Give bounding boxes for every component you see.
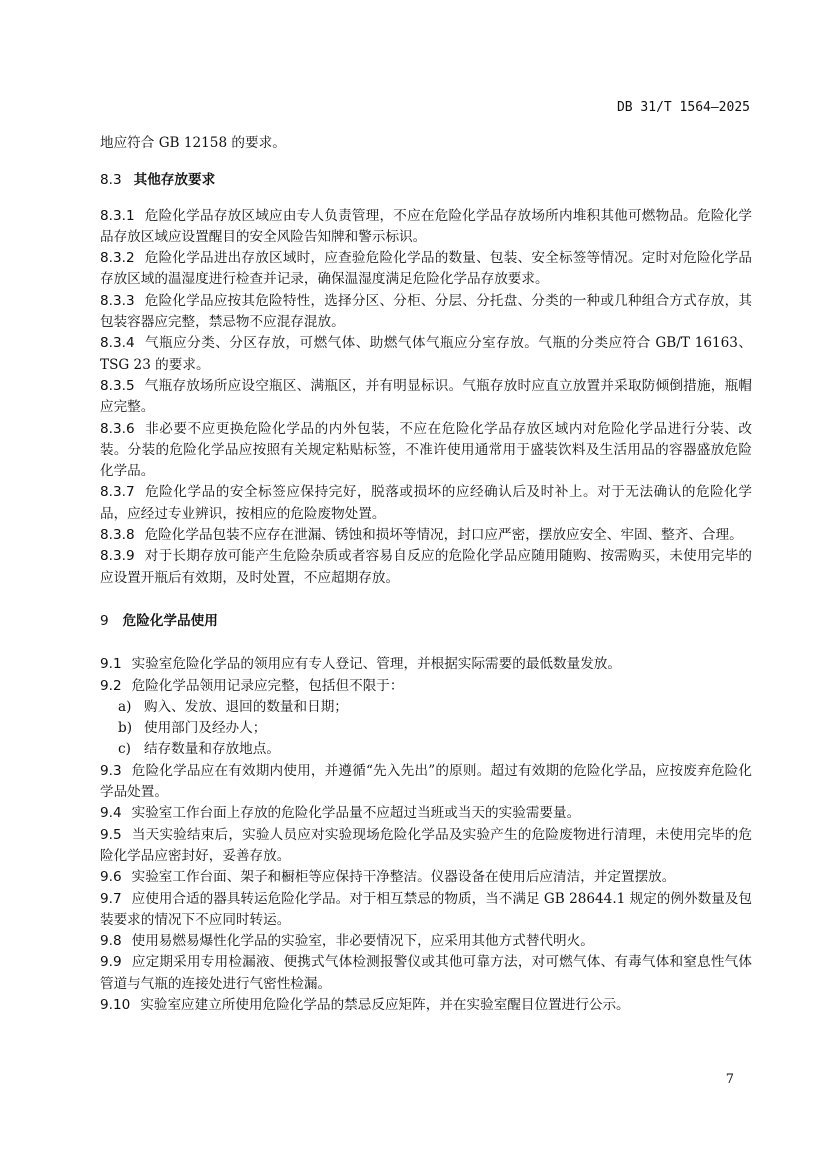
clause-number: 8.3.2 xyxy=(100,248,135,269)
clause-text: 实验室工作台面上存放的危险化学品量不应超过当班或当天的实验需要量。 xyxy=(132,805,581,821)
clause-number: 8.3.3 xyxy=(100,291,135,312)
clause-number: 9.5 xyxy=(100,825,122,846)
clause-text: 使用易燃易爆性化学品的实验室，非必要情况下，应采用其他方式替代明火。 xyxy=(132,933,594,949)
clause-9-5: 9.5当天实验结束后，实验人员应对实验现场危险化学品及实验产生的危险废物进行清理… xyxy=(100,825,752,868)
clause-9-10: 9.10实验室应建立所使用危险化学品的禁忌反应矩阵，并在实验室醒目位置进行公示。 xyxy=(100,995,752,1016)
clause-number: 8.3.5 xyxy=(100,376,135,397)
section-heading-8-3: 8.3其他存放要求 xyxy=(100,170,752,191)
clause-text: 危险化学品进出存放区域时，应查验危险化学品的数量、包装、安全标签等情况。定时对危… xyxy=(100,250,752,287)
clause-9-8: 9.8使用易燃易爆性化学品的实验室，非必要情况下，应采用其他方式替代明火。 xyxy=(100,931,752,952)
list-marker: a) xyxy=(118,697,144,718)
section-number: 8.3 xyxy=(100,170,122,191)
list-marker: c) xyxy=(118,739,144,760)
clause-text: 危险化学品领用记录应完整，包括但不限于： xyxy=(132,678,404,694)
chapter-title: 危险化学品使用 xyxy=(123,613,218,629)
page-number: 7 xyxy=(726,1072,734,1087)
clause-number: 9.10 xyxy=(100,995,130,1016)
clause-8-3-5: 8.3.5气瓶存放场所应设空瓶区、满瓶区，并有明显标识。气瓶存放时应直立放置并采… xyxy=(100,376,752,419)
clause-text: 当天实验结束后，实验人员应对实验现场危险化学品及实验产生的危险废物进行清理，未使… xyxy=(100,827,752,864)
clause-number: 8.3.4 xyxy=(100,333,135,354)
list-text: 使用部门及经办人； xyxy=(144,720,266,736)
clause-9-4: 9.4实验室工作台面上存放的危险化学品量不应超过当班或当天的实验需要量。 xyxy=(100,803,752,824)
clause-9-2: 9.2危险化学品领用记录应完整，包括但不限于： xyxy=(100,676,752,697)
document-body: 地应符合 GB 12158 的要求。 8.3其他存放要求 8.3.1危险化学品存… xyxy=(100,133,752,1016)
clause-number: 9.9 xyxy=(100,952,122,973)
clause-9-7: 9.7应使用合适的器具转运危险化学品。对于相互禁忌的物质，当不满足 GB 286… xyxy=(100,889,752,932)
clause-9-9: 9.9应定期采用专用检漏液、便携式气体检测报警仪或其他可靠方法，对可燃气体、有毒… xyxy=(100,952,752,995)
clause-text: 实验室工作台面、架子和橱柜等应保持干净整洁。仪器设备在使用后应清洁，并定置摆放。 xyxy=(132,869,676,885)
clause-text: 危险化学品的安全标签应保持完好，脱落或损坏的应经确认后及时补上。对于无法确认的危… xyxy=(100,484,752,521)
clause-text: 危险化学品存放区域应由专人负责管理，不应在危险化学品存放场所内堆积其他可燃物品。… xyxy=(100,208,752,245)
list-text: 结存数量和存放地点。 xyxy=(144,741,280,757)
clause-number: 9.7 xyxy=(100,889,122,910)
clause-number: 9.4 xyxy=(100,803,122,824)
clause-text: 非必要不应更换危险化学品的内外包装，不应在危险化学品存放区域内对危险化学品进行分… xyxy=(100,421,752,480)
clause-8-3-3: 8.3.3危险化学品应按其危险特性，选择分区、分柜、分层、分托盘、分类的一种或几… xyxy=(100,291,752,334)
clause-number: 8.3.9 xyxy=(100,546,135,567)
clause-text: 应使用合适的器具转运危险化学品。对于相互禁忌的物质，当不满足 GB 28644.… xyxy=(100,891,752,928)
clause-8-3-2: 8.3.2危险化学品进出存放区域时，应查验危险化学品的数量、包装、安全标签等情况… xyxy=(100,248,752,291)
clause-number: 9.8 xyxy=(100,931,122,952)
document-id-header: DB 31/T 1564—2025 xyxy=(617,100,750,115)
clause-text: 危险化学品应按其危险特性，选择分区、分柜、分层、分托盘、分类的一种或几种组合方式… xyxy=(100,293,752,330)
clause-number: 8.3.6 xyxy=(100,419,135,440)
clause-8-3-8: 8.3.8危险化学品包装不应存在泄漏、锈蚀和损坏等情况，封口应严密，摆放应安全、… xyxy=(100,525,752,546)
clause-8-3-7: 8.3.7危险化学品的安全标签应保持完好，脱落或损坏的应经确认后及时补上。对于无… xyxy=(100,482,752,525)
chapter-heading-9: 9危险化学品使用 xyxy=(100,611,752,632)
clause-9-3: 9.3危险化学品应在有效期内使用，并遵循“先入先出”的原则。超过有效期的危险化学… xyxy=(100,761,752,804)
chapter-number: 9 xyxy=(100,611,109,632)
clause-9-1: 9.1实验室危险化学品的领用应有专人登记、管理，并根据实际需要的最低数量发放。 xyxy=(100,654,752,675)
clause-text: 危险化学品应在有效期内使用，并遵循“先入先出”的原则。超过有效期的危险化学品，应… xyxy=(100,763,752,800)
clause-text: 实验室应建立所使用危险化学品的禁忌反应矩阵，并在实验室醒目位置进行公示。 xyxy=(140,997,629,1013)
list-item-a: a)购入、发放、退回的数量和日期； xyxy=(100,697,752,718)
clause-text: 危险化学品包装不应存在泄漏、锈蚀和损坏等情况，封口应严密，摆放应安全、牢固、整齐… xyxy=(145,527,743,543)
clause-number: 9.2 xyxy=(100,676,122,697)
clause-number: 9.6 xyxy=(100,867,122,888)
clause-text: 应定期采用专用检漏液、便携式气体检测报警仪或其他可靠方法，对可燃气体、有毒气体和… xyxy=(100,954,752,991)
clause-8-3-1: 8.3.1危险化学品存放区域应由专人负责管理，不应在危险化学品存放场所内堆积其他… xyxy=(100,206,752,249)
continuation-text: 地应符合 GB 12158 的要求。 xyxy=(100,133,752,154)
list-item-c: c)结存数量和存放地点。 xyxy=(100,739,752,760)
section-title: 其他存放要求 xyxy=(134,172,216,188)
clause-text: 气瓶存放场所应设空瓶区、满瓶区，并有明显标识。气瓶存放时应直立放置并采取防倾倒措… xyxy=(100,378,752,415)
clause-text: 对于长期存放可能产生危险杂质或者容易自反应的危险化学品应随用随购、按需购买，未使… xyxy=(100,548,752,585)
clause-text: 实验室危险化学品的领用应有专人登记、管理，并根据实际需要的最低数量发放。 xyxy=(132,656,621,672)
list-marker: b) xyxy=(118,718,144,739)
list-text: 购入、发放、退回的数量和日期； xyxy=(144,699,348,715)
clause-number: 9.1 xyxy=(100,654,122,675)
clause-9-6: 9.6实验室工作台面、架子和橱柜等应保持干净整洁。仪器设备在使用后应清洁，并定置… xyxy=(100,867,752,888)
clause-number: 8.3.7 xyxy=(100,482,135,503)
clause-8-3-6: 8.3.6非必要不应更换危险化学品的内外包装，不应在危险化学品存放区域内对危险化… xyxy=(100,419,752,483)
clause-number: 8.3.8 xyxy=(100,525,135,546)
list-item-b: b)使用部门及经办人； xyxy=(100,718,752,739)
clause-text: 气瓶应分类、分区存放，可燃气体、助燃气体气瓶应分室存放。气瓶的分类应符合 GB/… xyxy=(100,335,752,372)
clause-8-3-9: 8.3.9对于长期存放可能产生危险杂质或者容易自反应的危险化学品应随用随购、按需… xyxy=(100,546,752,589)
document-page: DB 31/T 1564—2025 地应符合 GB 12158 的要求。 8.3… xyxy=(0,0,826,1169)
clause-8-3-4: 8.3.4气瓶应分类、分区存放，可燃气体、助燃气体气瓶应分室存放。气瓶的分类应符… xyxy=(100,333,752,376)
clause-number: 9.3 xyxy=(100,761,122,782)
clause-number: 8.3.1 xyxy=(100,206,135,227)
